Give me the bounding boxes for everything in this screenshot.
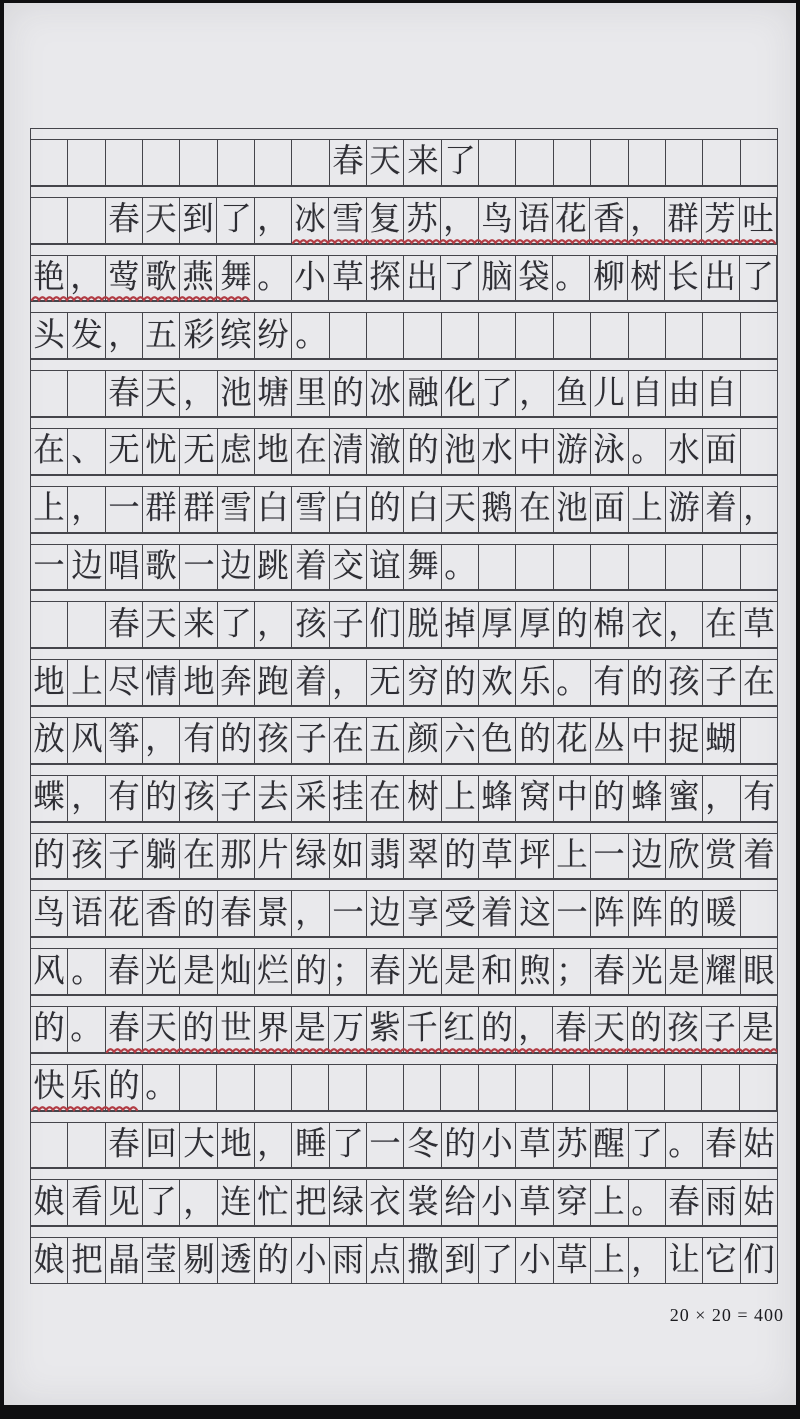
grid-cell: 草 bbox=[554, 1238, 591, 1283]
grid-cell: 欢 bbox=[479, 660, 516, 705]
grid-cell: 蜂 bbox=[479, 776, 516, 821]
grid-cell: 天 bbox=[367, 140, 404, 185]
grid-cell: 的 bbox=[292, 949, 329, 994]
row-cells: 上，一群群雪白雪白的白天鹅在池面上游着， bbox=[30, 486, 778, 533]
handwritten-character: ， bbox=[668, 609, 699, 641]
grid-cell: ， bbox=[703, 776, 740, 821]
photo-background: { "page": { "footer_note": "20 × 20 = 40… bbox=[0, 0, 800, 1419]
handwritten-character: 舞 bbox=[220, 262, 251, 294]
grid-cell: 着 bbox=[292, 545, 329, 590]
grid-cell: 春 bbox=[106, 371, 143, 416]
handwritten-character: 乐 bbox=[71, 1071, 102, 1103]
grid-cell: 游 bbox=[554, 429, 591, 474]
grid-cell: 是 bbox=[666, 949, 703, 994]
grid-cell: 春 bbox=[591, 949, 628, 994]
handwritten-character: 着 bbox=[295, 666, 326, 698]
handwritten-character: 上 bbox=[444, 782, 475, 814]
handwritten-character: ， bbox=[444, 204, 475, 236]
handwritten-character: 在 bbox=[183, 840, 214, 872]
grid-cell: 子 bbox=[330, 602, 367, 647]
grid-cell: 透 bbox=[218, 1238, 255, 1283]
text-row: 风。春光是灿烂的；春光是和煦；春光是耀眼 bbox=[30, 937, 778, 995]
grid-cell: 袋 bbox=[516, 256, 553, 301]
handwritten-character: ， bbox=[108, 320, 139, 352]
grid-cell: 交 bbox=[330, 545, 367, 590]
handwritten-character: 欣 bbox=[668, 840, 699, 872]
grid-cell: 绿 bbox=[292, 834, 329, 879]
handwritten-character: 雨 bbox=[706, 1187, 737, 1219]
grid-cell: 自 bbox=[703, 371, 740, 416]
grid-cell bbox=[31, 371, 68, 416]
grid-cell bbox=[31, 1123, 68, 1168]
handwritten-character: 儿 bbox=[594, 377, 625, 409]
handwritten-character: 边 bbox=[71, 551, 102, 583]
grid-cell: 游 bbox=[666, 487, 703, 532]
handwritten-character: 的 bbox=[444, 840, 475, 872]
grid-cell: 上 bbox=[591, 1238, 628, 1283]
handwritten-character: 风 bbox=[71, 724, 102, 756]
handwritten-character: ， bbox=[257, 204, 288, 236]
grid-cell bbox=[329, 1065, 366, 1110]
grid-cell: 孩 bbox=[180, 776, 217, 821]
handwritten-character: 孩 bbox=[295, 609, 326, 641]
grid-cell bbox=[665, 1065, 702, 1110]
grid-cell: 草 bbox=[479, 834, 516, 879]
grid-cell bbox=[629, 140, 666, 185]
grid-cell: ， bbox=[68, 776, 105, 821]
handwritten-character: 是 bbox=[295, 1013, 326, 1045]
handwritten-character: 树 bbox=[407, 782, 438, 814]
handwritten-character: ， bbox=[631, 1244, 662, 1276]
grid-cell: 群 bbox=[143, 487, 180, 532]
grid-cell: 谊 bbox=[367, 545, 404, 590]
row-cells: 在、无忧无虑地在清澈的池水中游泳。水面 bbox=[30, 428, 778, 475]
handwritten-character: 耀 bbox=[706, 955, 737, 987]
handwritten-character: 中 bbox=[519, 435, 550, 467]
grid-cell bbox=[255, 140, 292, 185]
handwritten-character: 头 bbox=[34, 320, 65, 352]
text-row: 鸟语花香的春景，一边享受着这一阵阵的暖 bbox=[30, 879, 778, 937]
grid-cell: ， bbox=[516, 371, 553, 416]
handwritten-character: 群 bbox=[146, 493, 177, 525]
grid-cell bbox=[367, 1065, 404, 1110]
handwritten-character: 赏 bbox=[706, 840, 737, 872]
grid-cell: 雪 bbox=[292, 487, 329, 532]
handwritten-character: 春 bbox=[332, 146, 363, 178]
handwritten-character: 绿 bbox=[332, 1187, 363, 1219]
handwritten-character: 水 bbox=[482, 435, 513, 467]
handwritten-character: 融 bbox=[407, 377, 438, 409]
handwritten-character: 暖 bbox=[706, 898, 737, 930]
handwritten-character: 躺 bbox=[146, 840, 177, 872]
handwritten-character: 歌 bbox=[146, 551, 177, 583]
handwritten-character: 小 bbox=[519, 1244, 550, 1276]
handwritten-character: 春 bbox=[370, 955, 401, 987]
grid-cell: 。 bbox=[255, 256, 292, 301]
grid-cell: 紫 bbox=[367, 1007, 404, 1052]
grid-cell: 翡 bbox=[367, 834, 404, 879]
grid-cell bbox=[741, 140, 777, 185]
handwritten-character: 鸟 bbox=[481, 204, 512, 236]
grid-cell: 小 bbox=[292, 256, 329, 301]
handwritten-character: 如 bbox=[332, 840, 363, 872]
grid-cell: 到 bbox=[442, 1238, 479, 1283]
grid-cell: 裳 bbox=[404, 1180, 441, 1225]
row-cells: 放风筝，有的孩子在五颜六色的花丛中捉蝴 bbox=[30, 717, 778, 764]
handwritten-character: 连 bbox=[220, 1187, 251, 1219]
grid-cell: 了 bbox=[479, 1238, 516, 1283]
handwritten-character: 把 bbox=[295, 1187, 326, 1219]
handwritten-character: 燕 bbox=[183, 262, 214, 294]
handwritten-character: 子 bbox=[295, 724, 326, 756]
grid-cell bbox=[68, 371, 105, 416]
handwritten-character: 捉 bbox=[668, 724, 699, 756]
grid-cell: ， bbox=[516, 1007, 553, 1052]
grid-cell bbox=[516, 545, 553, 590]
handwritten-character: 翠 bbox=[407, 840, 438, 872]
handwritten-character: 挂 bbox=[332, 782, 363, 814]
handwritten-character: 的 bbox=[295, 955, 326, 987]
grid-cell: 苏 bbox=[404, 198, 441, 243]
handwritten-character: 子 bbox=[332, 609, 363, 641]
grid-cell: 天 bbox=[442, 487, 479, 532]
grid-cell: 们 bbox=[741, 1238, 777, 1283]
grid-cell bbox=[554, 140, 591, 185]
handwritten-character: 了 bbox=[444, 146, 475, 178]
grid-cell: 着 bbox=[741, 834, 777, 879]
grid-cell: 一 bbox=[31, 545, 68, 590]
handwritten-character: 莺 bbox=[108, 262, 139, 294]
handwritten-character: 放 bbox=[34, 724, 65, 756]
grid-cell bbox=[740, 1065, 777, 1110]
row-cells: 蝶，有的孩子去采挂在树上蜂窝中的蜂蜜，有 bbox=[30, 775, 778, 822]
grid-cell: 化 bbox=[442, 371, 479, 416]
grid-cell: ， bbox=[68, 487, 105, 532]
grid-cell: 那 bbox=[218, 834, 255, 879]
handwritten-character: 在 bbox=[295, 435, 326, 467]
row-spacer-strip bbox=[30, 186, 778, 197]
grid-cell: 边 bbox=[218, 545, 255, 590]
text-row: 快乐的。 bbox=[30, 1053, 778, 1111]
handwritten-character: 紫 bbox=[369, 1013, 400, 1045]
handwritten-character: 见 bbox=[108, 1187, 139, 1219]
grid-cell: 在 bbox=[741, 660, 777, 705]
grid-cell: 香 bbox=[143, 891, 180, 936]
grid-cell: 白 bbox=[330, 487, 367, 532]
grid-cell: ， bbox=[292, 891, 329, 936]
grid-cell bbox=[703, 545, 740, 590]
grid-cell: 清 bbox=[330, 429, 367, 474]
handwritten-character: 莹 bbox=[146, 1244, 177, 1276]
grid-cell: 的 bbox=[516, 718, 553, 763]
grid-cell: 捉 bbox=[666, 718, 703, 763]
handwritten-character: 雪 bbox=[220, 493, 251, 525]
grid-cell: 尽 bbox=[106, 660, 143, 705]
grid-cell: 芳 bbox=[702, 198, 739, 243]
grid-cell: 池 bbox=[554, 487, 591, 532]
grid-cell: 躺 bbox=[143, 834, 180, 879]
grid-cell bbox=[367, 313, 404, 358]
composition-paper: 春天来了春天到了，冰雪复苏，鸟语花香，群芳吐艳，莺歌燕舞。小草探出了脑袋。柳树长… bbox=[4, 3, 796, 1405]
handwritten-character: 五 bbox=[370, 724, 401, 756]
handwritten-character: 裳 bbox=[407, 1187, 438, 1219]
handwritten-character: 棉 bbox=[594, 609, 625, 641]
handwritten-character: 姑 bbox=[743, 1129, 774, 1161]
grid-cell bbox=[516, 140, 553, 185]
text-row: 春天来了，孩子们脱掉厚厚的棉衣，在草 bbox=[30, 590, 778, 648]
handwritten-character: ； bbox=[556, 955, 587, 987]
row-spacer-strip bbox=[30, 764, 778, 775]
row-spacer-strip bbox=[30, 533, 778, 544]
handwritten-character: 煦 bbox=[519, 955, 550, 987]
handwritten-character: 出 bbox=[705, 262, 736, 294]
handwritten-character: ； bbox=[332, 955, 363, 987]
grid-cell bbox=[553, 1065, 590, 1110]
grid-cell: 脱 bbox=[404, 602, 441, 647]
grid-cell: 白 bbox=[255, 487, 292, 532]
handwritten-character: 子 bbox=[108, 840, 139, 872]
handwritten-character: 游 bbox=[556, 435, 587, 467]
handwritten-character: 一 bbox=[594, 840, 625, 872]
grid-cell: 筝 bbox=[106, 718, 143, 763]
handwritten-character: 小 bbox=[482, 1187, 513, 1219]
handwritten-character: 了 bbox=[220, 609, 251, 641]
grid-cell bbox=[180, 1065, 217, 1110]
handwritten-character: 花 bbox=[556, 204, 587, 236]
grid-cell: 着 bbox=[292, 660, 329, 705]
grid-cell: 的 bbox=[218, 718, 255, 763]
row-cells: 艳，莺歌燕舞。小草探出了脑袋。柳树长出了 bbox=[30, 255, 778, 302]
handwritten-character: 它 bbox=[706, 1244, 737, 1276]
handwritten-character: 蝶 bbox=[34, 782, 65, 814]
handwritten-character: 们 bbox=[370, 609, 401, 641]
grid-cell: 上 bbox=[591, 1180, 628, 1225]
grid-cell: ， bbox=[330, 660, 367, 705]
handwritten-character: 。 bbox=[71, 955, 102, 987]
grid-cell: 丛 bbox=[591, 718, 628, 763]
grid-cell bbox=[68, 198, 105, 243]
handwritten-character: 冰 bbox=[295, 204, 326, 236]
grid-cell: 子 bbox=[702, 1007, 739, 1052]
grid-cell: 小 bbox=[516, 1238, 553, 1283]
grid-cell: 孩 bbox=[666, 660, 703, 705]
handwritten-character: 了 bbox=[742, 262, 773, 294]
handwritten-character: 自 bbox=[631, 377, 662, 409]
grid-cell: 的 bbox=[479, 1007, 516, 1052]
grid-cell: 乐 bbox=[516, 660, 553, 705]
grid-cell: 中 bbox=[629, 718, 666, 763]
handwritten-character: 柳 bbox=[593, 262, 624, 294]
handwritten-character: 孩 bbox=[183, 782, 214, 814]
handwritten-character: 中 bbox=[556, 782, 587, 814]
handwritten-character: 天 bbox=[146, 377, 177, 409]
grid-cell bbox=[217, 1065, 254, 1110]
text-row: 的。春天的世界是万紫千红的，春天的孩子是 bbox=[30, 995, 778, 1053]
grid-cell: 天 bbox=[143, 198, 180, 243]
grid-cell: 头 bbox=[31, 313, 68, 358]
handwritten-character: 花 bbox=[556, 724, 587, 756]
handwritten-character: 里 bbox=[295, 377, 326, 409]
row-spacer-strip bbox=[30, 244, 778, 255]
grid-cell: ， bbox=[255, 1123, 292, 1168]
handwritten-character: 一 bbox=[370, 1129, 401, 1161]
handwritten-character: 。 bbox=[668, 1129, 699, 1161]
grid-cell: 。 bbox=[292, 313, 329, 358]
grid-cell bbox=[479, 140, 516, 185]
handwritten-character: 醒 bbox=[594, 1129, 625, 1161]
grid-cell bbox=[441, 1065, 478, 1110]
handwritten-character: 透 bbox=[220, 1244, 251, 1276]
grid-cell: 采 bbox=[292, 776, 329, 821]
handwritten-character: 光 bbox=[407, 955, 438, 987]
handwritten-character: 撒 bbox=[407, 1244, 438, 1276]
grid-cell: 草 bbox=[516, 1123, 553, 1168]
handwritten-character: 厚 bbox=[482, 609, 513, 641]
grid-cell: 是 bbox=[292, 1007, 329, 1052]
grid-cell: 鱼 bbox=[554, 371, 591, 416]
grid-cell: 六 bbox=[442, 718, 479, 763]
text-row: 蝶，有的孩子去采挂在树上蜂窝中的蜂蜜，有 bbox=[30, 764, 778, 822]
handwritten-character: 穷 bbox=[407, 666, 438, 698]
grid-cell: 们 bbox=[367, 602, 404, 647]
row-spacer-strip bbox=[30, 822, 778, 833]
grid-cell bbox=[31, 198, 68, 243]
handwritten-character: 丛 bbox=[594, 724, 625, 756]
handwritten-character: 澈 bbox=[370, 435, 401, 467]
handwritten-character: 剔 bbox=[183, 1244, 214, 1276]
text-row: 春天到了，冰雪复苏，鸟语花香，群芳吐 bbox=[30, 186, 778, 244]
handwritten-character: 跳 bbox=[258, 551, 289, 583]
handwritten-character: 光 bbox=[631, 955, 662, 987]
handwritten-character: 着 bbox=[295, 551, 326, 583]
grid-cell: 一 bbox=[554, 891, 591, 936]
grid-cell: 的 bbox=[255, 1238, 292, 1283]
grid-cell: 灿 bbox=[218, 949, 255, 994]
handwritten-character: 穿 bbox=[556, 1187, 587, 1219]
handwritten-character: 到 bbox=[444, 1244, 475, 1276]
grid-cell bbox=[554, 545, 591, 590]
grid-cell: 歌 bbox=[143, 545, 180, 590]
handwritten-character: 采 bbox=[295, 782, 326, 814]
handwritten-character: 边 bbox=[370, 898, 401, 930]
grid-cell bbox=[31, 140, 68, 185]
handwritten-character: 交 bbox=[332, 551, 363, 583]
grid-cell bbox=[741, 545, 777, 590]
grid-cell: 奔 bbox=[218, 660, 255, 705]
handwritten-character: 无 bbox=[370, 666, 401, 698]
handwritten-character: 蜂 bbox=[482, 782, 513, 814]
grid-cell: 忧 bbox=[143, 429, 180, 474]
handwritten-character: ， bbox=[258, 1129, 289, 1161]
grid-cell: 。 bbox=[442, 545, 479, 590]
grid-cell: 世 bbox=[217, 1007, 254, 1052]
handwritten-character: 的 bbox=[481, 1013, 512, 1045]
grid-cell: 。 bbox=[554, 660, 591, 705]
grid-cell: 在 bbox=[703, 602, 740, 647]
handwritten-character: 界 bbox=[257, 1013, 288, 1045]
text-row: 艳，莺歌燕舞。小草探出了脑袋。柳树长出了 bbox=[30, 244, 778, 302]
grid-cell: 树 bbox=[628, 256, 665, 301]
grid-cell: 、 bbox=[68, 429, 105, 474]
handwritten-character: 乐 bbox=[519, 666, 550, 698]
handwritten-character: 长 bbox=[668, 262, 699, 294]
handwritten-character: 一 bbox=[34, 551, 65, 583]
grid-cell: 孩 bbox=[68, 834, 105, 879]
grid-cell: 。 bbox=[68, 1007, 105, 1052]
handwritten-character: 白 bbox=[332, 493, 363, 525]
grid-cell bbox=[106, 140, 143, 185]
grid-cell: 天 bbox=[143, 602, 180, 647]
grid-cell: 衣 bbox=[629, 602, 666, 647]
grid-cell: 。 bbox=[553, 256, 590, 301]
handwritten-character: 缤 bbox=[220, 320, 251, 352]
grid-cell: 穿 bbox=[554, 1180, 591, 1225]
grid-cell: 让 bbox=[666, 1238, 703, 1283]
grid-cell: ， bbox=[441, 198, 478, 243]
handwritten-character: 让 bbox=[668, 1244, 699, 1276]
grid-cell: 界 bbox=[255, 1007, 292, 1052]
grid-cell bbox=[703, 313, 740, 358]
grid-cell: 了 bbox=[143, 1180, 180, 1225]
grid-cell bbox=[554, 313, 591, 358]
grid-cell: 天 bbox=[143, 1007, 180, 1052]
grid-cell: 的 bbox=[180, 1007, 217, 1052]
handwritten-character: 回 bbox=[146, 1129, 177, 1161]
grid-cell: 连 bbox=[218, 1180, 255, 1225]
row-cells: 娘把晶莹剔透的小雨点撒到了小草上，让它们 bbox=[30, 1237, 778, 1284]
grid-cell: 出 bbox=[702, 256, 739, 301]
grid-cell: 无 bbox=[180, 429, 217, 474]
grid-cell: 一 bbox=[367, 1123, 404, 1168]
grid-cell: 把 bbox=[68, 1238, 105, 1283]
handwritten-character: 雪 bbox=[332, 204, 363, 236]
handwritten-character: 歌 bbox=[145, 262, 176, 294]
handwritten-character: 。 bbox=[295, 320, 326, 352]
handwritten-character: 晶 bbox=[108, 1244, 139, 1276]
grid-cell: 在 bbox=[31, 429, 68, 474]
handwritten-character: 冰 bbox=[370, 377, 401, 409]
grid-cell bbox=[590, 1065, 627, 1110]
grid-cell: 上 bbox=[629, 487, 666, 532]
grid-cell: 五 bbox=[367, 718, 404, 763]
grid-cell: 子 bbox=[106, 834, 143, 879]
grid-cell: 把 bbox=[292, 1180, 329, 1225]
grid-cell: 一 bbox=[330, 891, 367, 936]
grid-cell: 莺 bbox=[106, 256, 143, 301]
row-spacer-strip bbox=[30, 648, 778, 659]
handwritten-character: 无 bbox=[183, 435, 214, 467]
grid-cell: 的 bbox=[442, 660, 479, 705]
grid-cell: 天 bbox=[143, 371, 180, 416]
grid-cell: 虑 bbox=[218, 429, 255, 474]
handwritten-character: 了 bbox=[220, 204, 251, 236]
handwritten-character: 池 bbox=[444, 435, 475, 467]
row-cells: 风。春光是灿烂的；春光是和煦；春光是耀眼 bbox=[30, 948, 778, 995]
grid-cell: 厚 bbox=[516, 602, 553, 647]
handwritten-character: 天 bbox=[444, 493, 475, 525]
grid-cell: 翠 bbox=[404, 834, 441, 879]
grid-cell: 小 bbox=[479, 1180, 516, 1225]
handwritten-character: 池 bbox=[220, 377, 251, 409]
row-spacer-strip bbox=[30, 1111, 778, 1122]
grid-cell: 挂 bbox=[330, 776, 367, 821]
grid-cell: 地 bbox=[255, 429, 292, 474]
grid-cell: 白 bbox=[404, 487, 441, 532]
grid-cell: 是 bbox=[740, 1007, 777, 1052]
grid-cell: 有 bbox=[180, 718, 217, 763]
grid-cell: 了 bbox=[441, 256, 478, 301]
handwritten-character: 了 bbox=[332, 1129, 363, 1161]
